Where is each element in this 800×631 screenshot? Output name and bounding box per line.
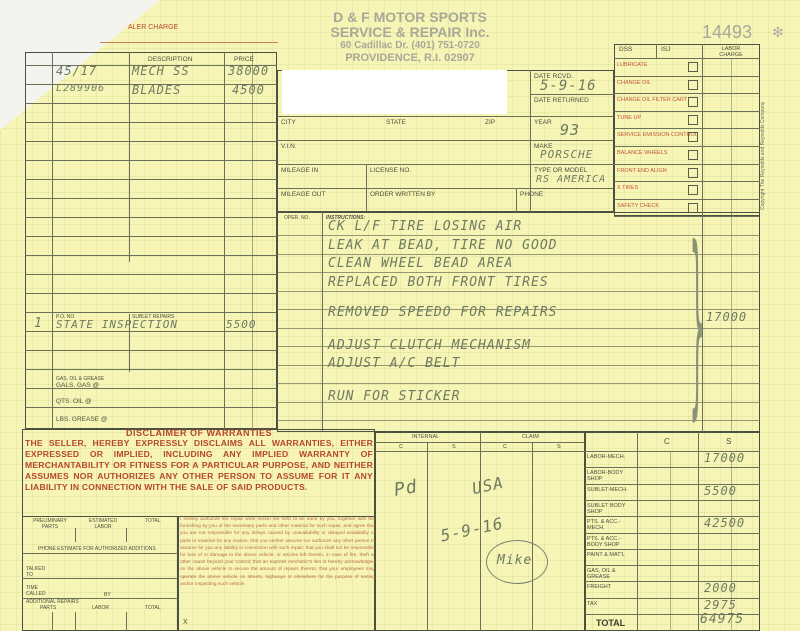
authorization-text: I hereby authorize the repair work herei… xyxy=(180,516,375,588)
instruction-line: REPLACED BOTH FRONT TIRES xyxy=(328,274,558,293)
internal-c-header: C xyxy=(399,444,403,450)
instruction-line: RUN FOR STICKER xyxy=(328,388,558,407)
summary-row-label: GAS, OIL & GREASE xyxy=(587,568,635,580)
brace-mark: } xyxy=(690,222,705,422)
divider xyxy=(25,312,277,313)
service-item-label: CHANGE OIL xyxy=(617,80,699,86)
copyright-text: Copyright The Reynolds and Reynolds Comp… xyxy=(760,102,766,210)
divider xyxy=(25,331,277,332)
service-checkbox[interactable] xyxy=(688,185,698,195)
divider xyxy=(25,217,277,218)
divider xyxy=(585,533,760,534)
date-rcvd-value: 5-9-16 xyxy=(540,78,597,94)
instruction-line: CK L/F TIRE LOSING AIR xyxy=(328,218,558,237)
divider xyxy=(530,94,614,95)
divider xyxy=(375,451,585,452)
prelim-parts-label: PRELIMINARY PARTS xyxy=(30,518,70,530)
divider xyxy=(614,181,760,182)
phone-label: PHONE xyxy=(520,191,543,198)
state-label: STATE xyxy=(386,119,406,126)
service-checkbox[interactable] xyxy=(688,115,698,125)
year-value: 93 xyxy=(560,121,580,139)
model-value: RS AMERICA xyxy=(536,174,606,185)
signature-x[interactable]: X xyxy=(183,619,188,626)
divider xyxy=(656,44,657,58)
service-item-label: X TIRES xyxy=(617,185,699,191)
total-label: TOTAL xyxy=(596,618,625,628)
summary-row-label: LABOR-MECH. xyxy=(587,454,635,460)
sublet-description: STATE INSPECTION xyxy=(56,318,178,331)
company-name: D & F MOTOR SPORTS xyxy=(280,10,540,25)
service-item-label: SERVICE EMISSION CONTROL xyxy=(617,132,699,138)
initials-mark: Mike xyxy=(497,553,532,568)
order-number: 14493 xyxy=(702,22,752,43)
claim-s-header: S xyxy=(557,444,561,450)
summary-row-amount: 17000 xyxy=(704,451,745,465)
divider xyxy=(277,140,614,141)
qts-oil-label: QTS. OIL @ xyxy=(56,398,92,405)
part-price: 4500 xyxy=(232,83,265,97)
license-label: LICENSE NO. xyxy=(370,167,411,174)
service-item-label: CHANGE OIL FILTER CART xyxy=(617,97,699,103)
divider xyxy=(585,500,760,501)
parts-table xyxy=(25,52,277,429)
divider xyxy=(25,350,277,351)
labor-charge-header: LABOR CHARGE xyxy=(716,46,746,58)
claim-header: CLAIM xyxy=(522,434,539,440)
divider xyxy=(277,420,760,421)
price-header: PRICE xyxy=(234,56,254,63)
part-price: 38000 xyxy=(228,64,269,78)
part-description: MECH SS xyxy=(132,64,190,78)
divider xyxy=(614,111,760,112)
part-number: L289906 xyxy=(56,83,105,94)
divider xyxy=(25,255,277,256)
divider xyxy=(702,44,703,216)
phone-estimate-label: PHONE ESTIMATE FOR AUTHORIZED ADDITIONS xyxy=(38,546,156,552)
internal-s-header: S xyxy=(452,444,456,450)
summary-row-label: SUBLET-MECH. xyxy=(587,487,635,493)
year-label: YEAR xyxy=(534,119,552,126)
divider xyxy=(25,141,277,142)
summary-row-label: LABOR-BODY SHOP xyxy=(587,470,635,482)
instruction-line: LEAK AT BEAD, TIRE NO GOOD xyxy=(328,237,558,256)
internal-header: INTERNAL xyxy=(412,434,439,440)
est-labor-label: ESTIMATED LABOR xyxy=(85,518,121,530)
divider xyxy=(614,76,760,77)
divider xyxy=(224,52,225,429)
divider xyxy=(277,188,614,189)
disclaimer-text: THE SELLER, HEREBY EXPRESSLY DISCLAIMS A… xyxy=(25,438,373,493)
redacted-customer-name xyxy=(282,70,507,114)
divider xyxy=(25,407,277,408)
instruction-line: REMOVED SPEEDO FOR REPAIRS xyxy=(328,304,558,323)
divider xyxy=(585,467,760,468)
divider xyxy=(25,122,277,123)
divider xyxy=(516,188,517,212)
instructions-labor-amount: 17000 xyxy=(706,310,747,324)
part-number: 45/17 xyxy=(56,64,97,78)
city-label: CITY xyxy=(281,119,296,126)
instruction-line: CLEAN WHEEL BEAD AREA xyxy=(328,255,558,274)
divider xyxy=(731,58,732,216)
divider xyxy=(585,549,760,550)
summary-c-header: C xyxy=(664,437,670,446)
asterisk-icon: ✻ xyxy=(772,24,784,41)
instruction-line: ADJUST A/C BELT xyxy=(328,355,558,374)
zip-label: ZIP xyxy=(485,119,495,126)
mileage-in-label: MILEAGE IN xyxy=(281,167,318,174)
mileage-out-label: MILEAGE OUT xyxy=(281,191,325,198)
divider xyxy=(614,146,760,147)
service-item-label: BALANCE WHEELS xyxy=(617,150,699,156)
isj-header: ISJ xyxy=(661,46,670,53)
add-parts-label: PARTS xyxy=(40,605,56,611)
divider xyxy=(614,93,760,94)
divider xyxy=(52,52,53,429)
claim-c-header: C xyxy=(503,444,507,450)
divider xyxy=(277,116,614,117)
service-item-label: LUBRICATE xyxy=(617,62,699,68)
company-header: D & F MOTOR SPORTS SERVICE & REPAIR Inc.… xyxy=(280,10,540,64)
divider xyxy=(25,198,277,199)
company-city: PROVIDENCE, R.I. 02907 xyxy=(280,52,540,64)
divider xyxy=(25,103,277,104)
sublet-qty: 1 xyxy=(34,316,43,331)
service-checkbox[interactable] xyxy=(688,168,698,178)
total-amount: 64975 xyxy=(700,612,744,627)
summary-row-amount: 5500 xyxy=(704,484,737,498)
divider xyxy=(366,164,367,212)
service-item-label: TUNE UP xyxy=(617,115,699,121)
divider xyxy=(637,432,638,631)
summary-row-label: PTS. & ACC.-MECH. xyxy=(587,519,635,531)
divider xyxy=(22,578,178,579)
company-subtitle: SERVICE & REPAIR Inc. xyxy=(280,25,540,40)
divider xyxy=(427,442,428,631)
divider xyxy=(25,369,277,370)
divider xyxy=(614,128,760,129)
divider xyxy=(698,432,699,631)
description-header: DESCRIPTION xyxy=(148,56,192,63)
summary-row-label: TAX xyxy=(587,601,635,607)
repair-order-form: ALER CHARGE D & F MOTOR SPORTS SERVICE &… xyxy=(0,0,800,631)
disclaimer: DISCLAIMER OF WARRANTIES THE SELLER, HER… xyxy=(25,428,373,493)
divider xyxy=(614,164,760,165)
talked-to-label: TALKED TO xyxy=(26,566,46,578)
divider xyxy=(25,293,277,294)
sublet-price: 5500 xyxy=(226,318,257,331)
gals-gas-label: GALS. GAS @ xyxy=(56,382,99,389)
divider xyxy=(614,199,760,200)
service-item-label: FRONT END ALIGN xyxy=(617,168,699,174)
divider xyxy=(614,58,760,59)
divider xyxy=(22,553,178,554)
summary-row-amount: 2000 xyxy=(704,581,737,595)
divider xyxy=(100,42,278,43)
divider xyxy=(252,52,253,429)
dealer-charge-label: ALER CHARGE xyxy=(128,24,178,31)
divider xyxy=(25,160,277,161)
divider xyxy=(75,612,76,631)
instructions-text: CK L/F TIRE LOSING AIR LEAK AT BEAD, TIR… xyxy=(328,218,558,406)
disclaimer-title: DISCLAIMER OF WARRANTIES xyxy=(25,428,373,438)
dss-header: DSS xyxy=(619,46,632,53)
divider xyxy=(129,314,130,372)
summary-row-label: FREIGHT xyxy=(587,584,635,590)
written-by-label: ORDER WRITTEN BY xyxy=(370,191,435,198)
summary-row-amount: 42500 xyxy=(704,516,745,530)
summary-row-amount: 2975 xyxy=(704,598,737,612)
divider xyxy=(75,528,76,542)
add-total-label: TOTAL xyxy=(145,605,161,611)
make-value: PORSCHE xyxy=(540,148,593,161)
service-checkbox[interactable] xyxy=(688,132,698,142)
service-checkbox[interactable] xyxy=(688,80,698,90)
divider xyxy=(52,612,53,631)
summary-row-label: PAINT & MAT'L xyxy=(587,552,635,558)
divider xyxy=(25,274,277,275)
service-checkbox[interactable] xyxy=(688,150,698,160)
divider xyxy=(670,451,671,631)
divider xyxy=(277,164,614,165)
divider xyxy=(25,179,277,180)
divider xyxy=(585,565,760,566)
service-checkbox[interactable] xyxy=(688,62,698,72)
oper-no-label: OPER. NO. xyxy=(284,215,310,221)
est-total-label: TOTAL xyxy=(145,518,161,524)
instruction-line: ADJUST CLUTCH MECHANISM xyxy=(328,337,558,356)
add-labor-label: LABOR xyxy=(92,605,109,611)
divider xyxy=(25,236,277,237)
summary-s-header: S xyxy=(726,437,731,446)
divider xyxy=(126,612,127,631)
lbs-grease-label: LBS. GREASE @ xyxy=(56,416,107,423)
vin-label: V.I.N. xyxy=(281,143,297,150)
service-item-label: SAFETY CHECK xyxy=(617,203,699,209)
paid-mark: Pd xyxy=(392,476,419,501)
divider xyxy=(532,442,533,631)
time-called-label: TIME CALLED xyxy=(26,585,46,597)
divider xyxy=(322,212,323,432)
model-label: TYPE OR MODEL xyxy=(534,167,587,174)
summary-row-label: PTS. & ACC.-BODY SHOP xyxy=(587,536,635,548)
part-description: BLADES xyxy=(132,83,181,97)
divider xyxy=(375,442,585,443)
divider xyxy=(126,528,127,542)
summary-row-label: SUBLET BODY SHOP xyxy=(587,503,635,515)
service-checkbox[interactable] xyxy=(688,97,698,107)
date-returned-label: DATE RETURNED xyxy=(534,97,589,104)
company-address: 60 Cadillac Dr. (401) 751-0720 xyxy=(280,40,540,52)
